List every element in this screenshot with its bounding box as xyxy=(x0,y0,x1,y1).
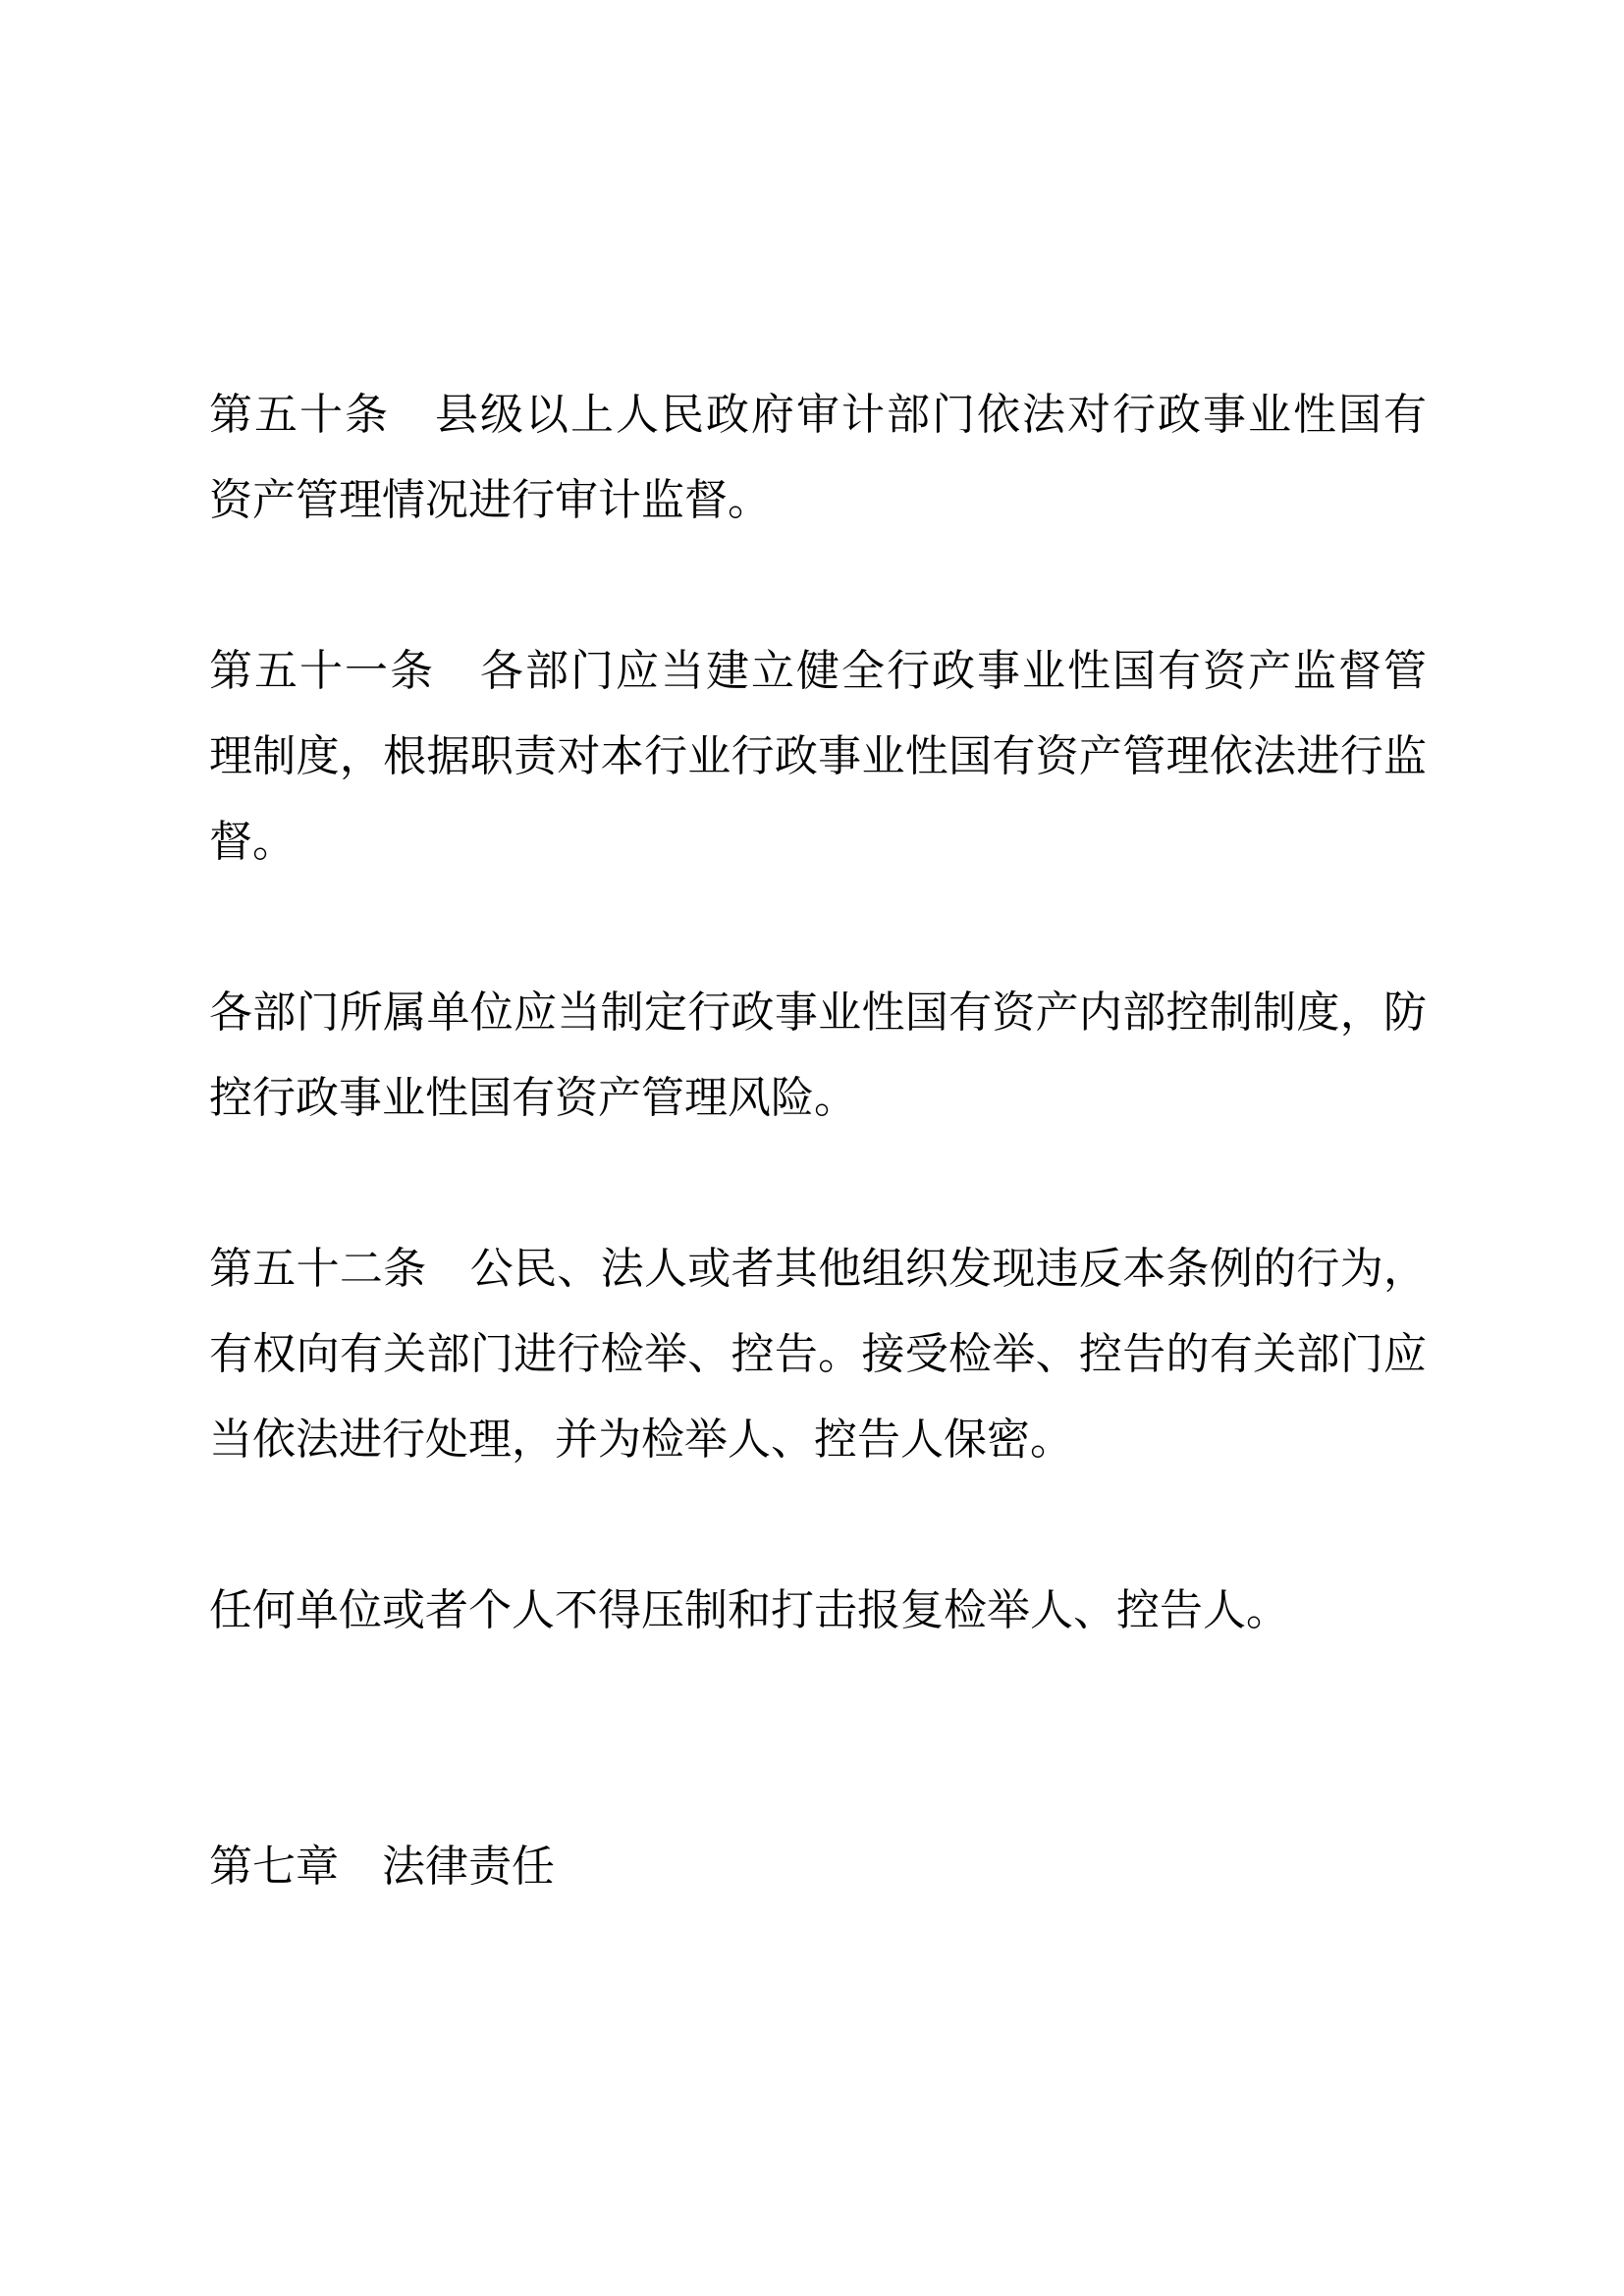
document-page: 第五十条 县级以上人民政府审计部门依法对行政事业性国有 资产管理情况进行审计监督… xyxy=(0,0,1624,2296)
paragraph-article-50: 第五十条 县级以上人民政府审计部门依法对行政事业性国有 资产管理情况进行审计监督… xyxy=(209,372,1427,543)
text-line: 第五十二条 公民、法人或者其他组织发现违反本条例的行为， xyxy=(209,1226,1427,1311)
text-line: 资产管理情况进行审计监督。 xyxy=(209,457,1427,543)
paragraph-article-52-para-2: 任何单位或者个人不得压制和打击报复检举人、控告人。 xyxy=(209,1568,1427,1653)
text-line: 控行政事业性国有资产管理风险。 xyxy=(209,1055,1427,1141)
text-line: 当依法进行处理，并为检举人、控告人保密。 xyxy=(209,1397,1427,1482)
text-line: 第五十条 县级以上人民政府审计部门依法对行政事业性国有 xyxy=(209,372,1427,457)
text-line: 第五十一条 各部门应当建立健全行政事业性国有资产监督管 xyxy=(209,628,1427,714)
text-line: 任何单位或者个人不得压制和打击报复检举人、控告人。 xyxy=(209,1568,1427,1653)
text-line: 各部门所属单位应当制定行政事业性国有资产内部控制制度，防 xyxy=(209,970,1427,1055)
text-line: 有权向有关部门进行检举、控告。接受检举、控告的有关部门应 xyxy=(209,1311,1427,1397)
text-line: 督。 xyxy=(209,799,1427,884)
paragraph-article-51-para-2: 各部门所属单位应当制定行政事业性国有资产内部控制制度，防 控行政事业性国有资产管… xyxy=(209,970,1427,1141)
text-line: 理制度，根据职责对本行业行政事业性国有资产管理依法进行监 xyxy=(209,714,1427,799)
paragraph-article-52: 第五十二条 公民、法人或者其他组织发现违反本条例的行为， 有权向有关部门进行检举… xyxy=(209,1226,1427,1482)
page-content: 第五十条 县级以上人民政府审计部门依法对行政事业性国有 资产管理情况进行审计监督… xyxy=(209,372,1427,1909)
paragraph-article-51: 第五十一条 各部门应当建立健全行政事业性国有资产监督管 理制度，根据职责对本行业… xyxy=(209,628,1427,884)
chapter-heading: 第七章 法律责任 xyxy=(209,1824,1427,1909)
